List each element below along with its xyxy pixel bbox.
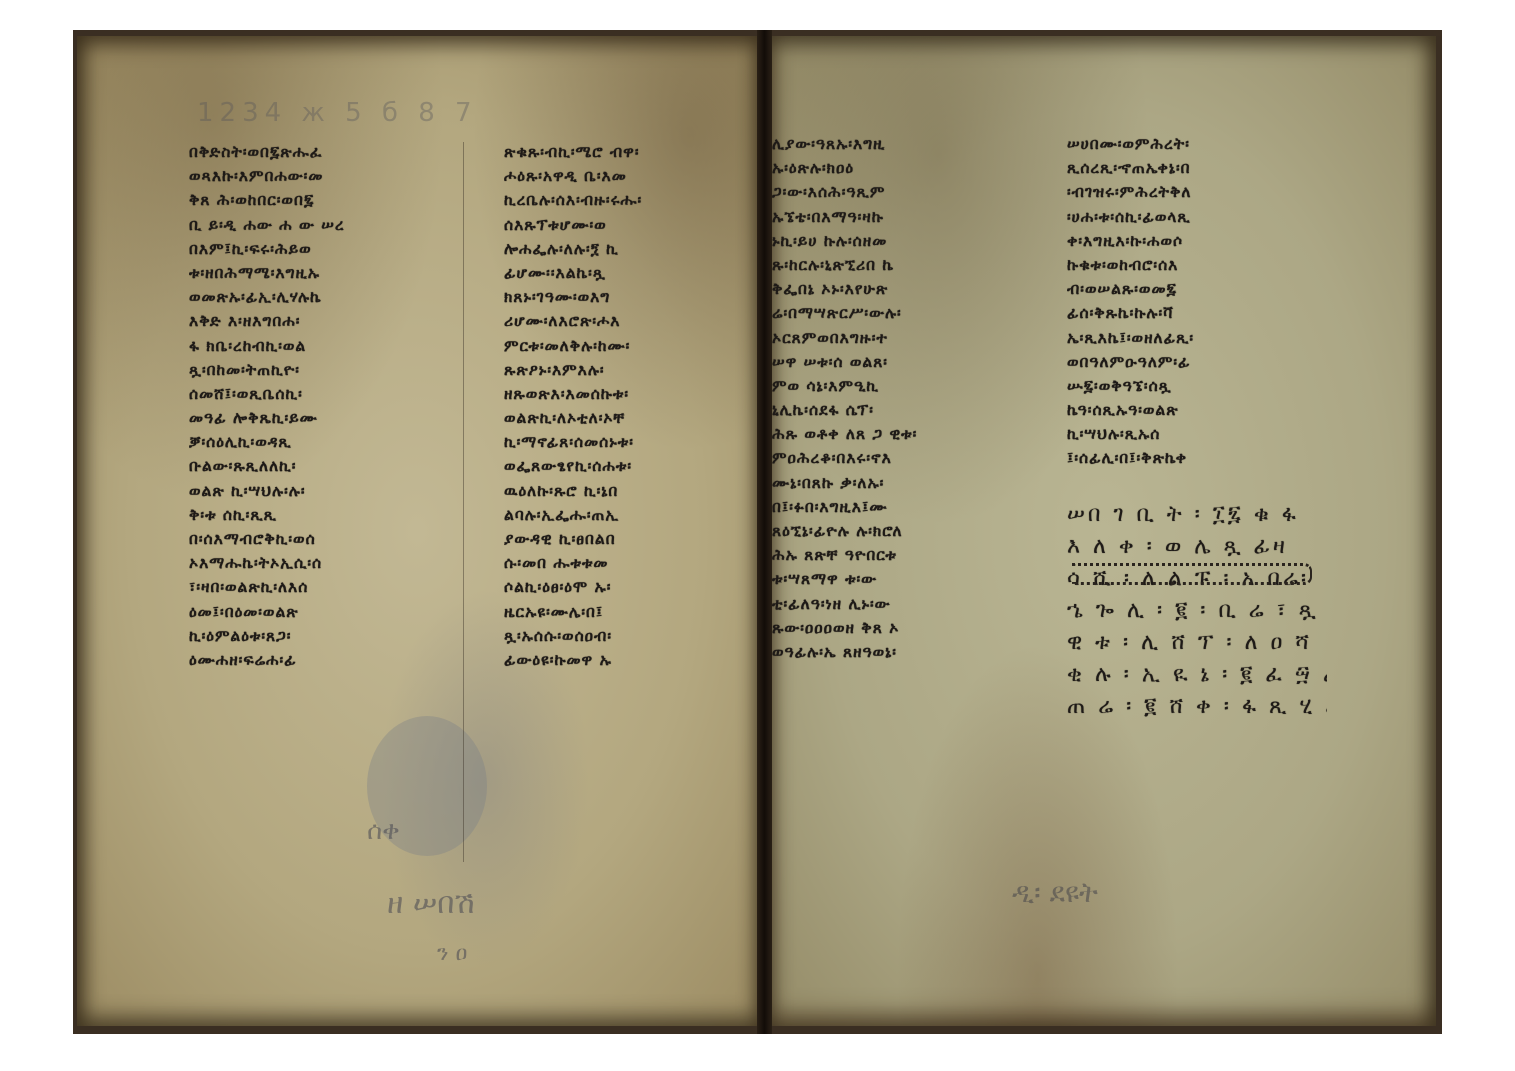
text-line: ኪ፡ሣህሉ፡ጺኡሰ xyxy=(1067,422,1327,446)
text-line: ሖዕጹ፡አዋዲ ቤ፡እመ xyxy=(504,164,757,188)
text-line: ጺሰረጺ፡ኆጠኤቀኔ፡በ xyxy=(1067,156,1327,180)
text-line: ቅ፡ቱ ሰኪ፡ጺጺ xyxy=(189,503,439,527)
right-page-column-b: ሠሀበሙ፡ወምሕረት፡ ጺሰረጺ፡ኆጠኤቀኔ፡በ ፡ብገዝሩ፡ምሕረትቅለ ፡ሀ… xyxy=(1067,132,1327,723)
text-line: ቅፌበኔ ኦኑ፡እየሁጽ xyxy=(772,277,1022,301)
text-line: ሊያው፡ዓጸኡ፡እግዚ xyxy=(772,132,1022,156)
text-line: ምወ ሳኔ፡እምዒኪ xyxy=(772,374,1022,398)
text-line: ምዐሕረቆ፡በእሩ፡ኖእ xyxy=(772,446,1022,470)
text-line: ወጻእኩ፡እምበሐው፡መ xyxy=(189,164,439,188)
text-line: ሪሆሙ፡ለእሮጽ፡ሖእ xyxy=(504,309,757,333)
text-line: በቅድስት፡ወበ፯ጽሑፈ xyxy=(189,140,439,164)
text-line: ልባሉ፡ኢፌሑ፡ጠኢ xyxy=(504,503,757,527)
text-line: መዓፊ ሎቅጼኪ፡ይሙ xyxy=(189,406,439,430)
text-line-large: ቂ ሉ ፡ ኢ ዪ ኔ ፡ ፪ ፈ ፵ ፈ xyxy=(1067,659,1327,691)
text-line: ቓ፡ሰዕሊኪ፡ወዳጺ xyxy=(189,430,439,454)
text-line: ኦርጸምወበእግዙ፡ተ xyxy=(772,326,1022,350)
right-page: 156 ሊያው፡ዓጸኡ፡እግዚ ኡ፡ዕጽሉ፡ክዐዕ ጋ፡ው፡እሰሕ፡ዓጺም ኡኜ… xyxy=(772,36,1436,1026)
text-line: በእም፤ኪ፡ፍሩ፡ሕይወ xyxy=(189,237,439,261)
text-line: ሠዋ ሠቱ፡ሰ ወልጸ፡ xyxy=(772,350,1022,374)
text-line: ወፌጸውፄየኪ፡ሰሐቱ፡ xyxy=(504,454,757,478)
text-line: ዉዕለኩ፡ጹሮ ኪ፡ኔበ xyxy=(504,479,757,503)
text-line: ኦእማሑኬ፡ትኦኢሲ፡ሰ xyxy=(189,551,439,575)
text-line: ኡ፡ዕጽሉ፡ክዐዕ xyxy=(772,156,1022,180)
text-line: በ፤፡ፉበ፡እግዚእ፤ሙ xyxy=(772,495,1022,519)
text-line: ክጸኑ፡ገዓሙ፡ወእግ xyxy=(504,285,757,309)
text-line: ኪረቤሉ፡ሰእ፡ብዙ፡ሩሑ፡ xyxy=(504,188,757,212)
text-line: ወልጽኪ፡ለኦቲለ፡ኦቸ xyxy=(504,406,757,430)
text-line: ያውዳዊ ኪ፡ፀበልበ xyxy=(504,527,757,551)
pencil-shelfmark: 1234 ж 5 б 8 7 xyxy=(197,98,478,128)
right-page-column-a: ሊያው፡ዓጸኡ፡እግዚ ኡ፡ዕጽሉ፡ክዐዕ ጋ፡ው፡እሰሕ፡ዓጺም ኡኜቴ፡በእ… xyxy=(772,132,1022,664)
text-line: በ፡ሰእማብሮቅኪ፡ወሰ xyxy=(189,527,439,551)
text-line: ሬ፡በማሣጽርሥ፡ውሉ፡ xyxy=(772,301,1022,325)
text-line: ቅጸ ሕ፡ወከበር፡ወበ፯ xyxy=(189,188,439,212)
text-line: ፣፡ዛበ፡ወልጽኪ፡ለእሰ xyxy=(189,575,439,599)
text-line: ጹው፡ዐዐዐወዘ ቅጸ ኦ xyxy=(772,616,1022,640)
text-line: ብ፡ወሠልጹ፡ወመ፯ xyxy=(1067,277,1327,301)
margin-note: ን ዐ xyxy=(437,941,467,966)
ornamental-divider xyxy=(1072,563,1312,585)
text-line: ሎሐፌሉ፡ለሉ፡፺ ኪ xyxy=(504,237,757,261)
text-line: ኩቁቱ፡ወከብሮ፡ሰእ xyxy=(1067,253,1327,277)
margin-note: ዲ፡ ደዩት xyxy=(1012,876,1098,910)
text-line: ፤፡ሰፊሊ፡በ፤፡ቅጽኬቀ xyxy=(1067,446,1327,470)
text-line: ቱ፡ዘበሕማሜ፡እግዚኡ xyxy=(189,261,439,285)
text-line-large: ጠ ሬ ፡ ፪ ሸ ቀ ፡ ፋ ጺ ሂ ሬ xyxy=(1067,691,1327,723)
text-line: ዘጹወጽእ፡እመሰኩቱ፡ xyxy=(504,382,757,406)
text-line: ሱ፡መበ ሑቱቱመ xyxy=(504,551,757,575)
text-line: ጿ፡ኡሰሱ፡ወሰዐብ፡ xyxy=(504,624,757,648)
left-page-column-b: ጽቁጹ፡ብኪ፡ሜሮ ብዋ፡ ሖዕጹ፡አዋዲ ቤ፡እመ ኪረቤሉ፡ሰእ፡ብዙ፡ሩሑ… xyxy=(504,140,757,672)
text-line: ጹጽዖኑ፡እምእሉ፡ xyxy=(504,358,757,382)
text-line: ፡ሀሐ፡ቱ፡ሰኪ፡ፊወላጺ xyxy=(1067,205,1327,229)
text-line: ኡኜቴ፡በእማዓ፡ዛኩ xyxy=(772,205,1022,229)
text-line: ወዓፊሉ፡ኤ ጸዘዓወኔ፡ xyxy=(772,640,1022,664)
text-line: ሰእጹፕቱሆሙ፡ወ xyxy=(504,213,757,237)
text-line: ጹ፡ከርሉ፡ኒጽኚሪበ ኬ xyxy=(772,253,1022,277)
text-line: ቲ፡ፊለዓ፡ነዘ ሊኑ፡ው xyxy=(772,592,1022,616)
text-line: ሕጹ ወቶቀ ለጸ ጋ ዊቱ፡ xyxy=(772,422,1022,446)
text-line: ኪ፡ዕምልዕቱ፡ጸጋ፡ xyxy=(189,624,439,648)
text-line: ዕመ፤፡በዕመ፡ወልጽ xyxy=(189,600,439,624)
text-line: ሶልኪ፡ዕፀ፡ዕሞ ኡ፡ xyxy=(504,575,757,599)
text-line: ፋ ክቤ፡ረከብኪ፡ወል xyxy=(189,334,439,358)
text-line: ጸዕኚኔ፡ፊዮሉ ሉ፡ክሮለ xyxy=(772,519,1022,543)
text-line: ምርቱ፡መለቅሉ፡ከሙ፡ xyxy=(504,334,757,358)
left-page-column-a: በቅድስት፡ወበ፯ጽሑፈ ወጻእኩ፡እምበሐው፡መ ቅጸ ሕ፡ወከበር፡ወበ፯ … xyxy=(189,140,439,672)
text-line: ጋ፡ው፡እሰሕ፡ዓጺም xyxy=(772,180,1022,204)
text-line-large: እ ለ ቀ ፡ ወ ሌ ጿ ፊዛ xyxy=(1067,531,1327,563)
text-line: ጿ፡በከመ፡ትጠኪዮ፡ xyxy=(189,358,439,382)
text-line: ዜርኡዩ፡ሙሌ፡በ፤ xyxy=(504,600,757,624)
manuscript-scan: 1234 ж 5 б 8 7 በቅድስት፡ወበ፯ጽሑፈ ወጻእኩ፡እምበሐው፡መ… xyxy=(73,30,1442,1034)
text-line: ቢ ይ፡ዲ ሐው ሐ ው ሠረ xyxy=(189,213,439,237)
text-line: ኪ፡ማኖፊጸ፡ሰመሰኑቱ፡ xyxy=(504,430,757,454)
text-line: ሠሀበሙ፡ወምሕረት፡ xyxy=(1067,132,1327,156)
left-page: 1234 ж 5 б 8 7 በቅድስት፡ወበ፯ጽሑፈ ወጻእኩ፡እምበሐው፡መ… xyxy=(77,36,757,1026)
text-line: ፊሰ፡ቅጹኬ፡ኩሉ፡ቫ xyxy=(1067,301,1327,325)
text-line-large: ዊ ቱ ፡ ሊ ሸ ፕ ፡ ለ ዐ ሻ xyxy=(1067,627,1327,659)
text-line: ኤ፡ጺእኬ፤፡ወዘለፊጺ፡ xyxy=(1067,326,1327,350)
margin-note: ሰቀ xyxy=(367,816,400,846)
text-line: ኬዓ፡ሰጺኡዓ፡ወልጽ xyxy=(1067,398,1327,422)
text-line: ፊውዕዩ፡ኩመዋ ኡ xyxy=(504,648,757,672)
text-line: ኒሊኬ፡ሰደፋ ሴፕ፡ xyxy=(772,398,1022,422)
text-line: ቡልው፡ጹጺለለኪ፡ xyxy=(189,454,439,478)
text-line: ወመጽኡ፡ፊኢ፡ሊሃሉኬ xyxy=(189,285,439,309)
text-line: ሡ፯፡ወቅዓኜ፡ሰጿ xyxy=(1067,374,1327,398)
binding-gutter xyxy=(757,30,772,1034)
text-line: ሰመሸ፤፡ወጺቤሰኪ፡ xyxy=(189,382,439,406)
text-line: ወበዓለምዑዓለም፡ፊ xyxy=(1067,350,1327,374)
text-line-large: ኄ ጐ ሊ ፡ ፪ ፡ ቢ ሬ ፣ ጿ xyxy=(1067,595,1327,627)
text-line: ቀ፡እግዚእ፡ኩ፡ሐወሶ xyxy=(1067,229,1327,253)
text-line: ዕሙሐዘ፡ፍሬሐ፡ፊ xyxy=(189,648,439,672)
text-line: ሙኔ፡በጸኩ ቃ፡ለኡ፡ xyxy=(772,471,1022,495)
text-line: ወልጽ ኪ፡ሣህሉ፡ሉ፡ xyxy=(189,479,439,503)
text-line: ኑኪ፡ይሀ ኩሉ፡ሰዘመ xyxy=(772,229,1022,253)
text-line: ጽቁጹ፡ብኪ፡ሜሮ ብዋ፡ xyxy=(504,140,757,164)
text-line: ፊሆሙ፡፡እልኬ፡ጿ xyxy=(504,261,757,285)
text-line-large: ሠበ ገ ቢ ት ፡ ፲፯ ቁ ፋ xyxy=(1067,499,1327,531)
text-line: ፡ብገዝሩ፡ምሕረትቅለ xyxy=(1067,180,1327,204)
text-line: ቱ፡ሣጸማዋ ቱ፡ው xyxy=(772,567,1022,591)
column-ruling-line xyxy=(463,142,464,862)
text-line: ሕኡ ጸጽቸ ዓዮበርቱ xyxy=(772,543,1022,567)
text-line: እቅድ እ፡ዘእግበሐ፡ xyxy=(189,309,439,333)
margin-note: ዘ ሠበሽ xyxy=(387,886,475,921)
divider-spacer xyxy=(1067,471,1327,499)
